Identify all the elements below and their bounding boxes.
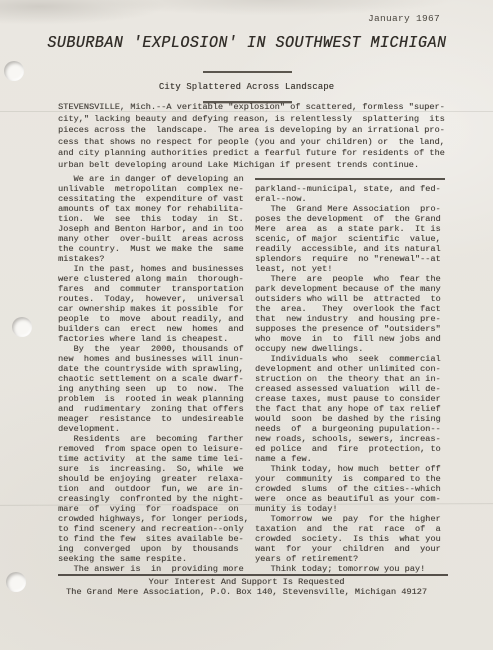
text-line: amounts of tax money for rehabilita-: [58, 204, 253, 214]
text-line: Mere area as a state park. It is: [255, 224, 450, 234]
text-line: struction on the theory that an in-: [255, 374, 450, 384]
right-column-text: parkland--municipal, state, and fed-eral…: [255, 184, 450, 574]
text-line: routes. Today, however, universal: [58, 294, 253, 304]
text-line: supposes the presence of "outsiders": [255, 324, 450, 334]
date-line: January 1967: [368, 13, 440, 24]
text-line: meager resistance to undesireable: [58, 414, 253, 424]
text-line: In the past, homes and businesses: [58, 264, 253, 274]
text-line: park development because of the many: [255, 284, 450, 294]
text-line: needs of a burgeoning pupulation--: [255, 424, 450, 434]
text-line: The answer is in providing more: [58, 564, 253, 574]
text-line: Think today, how much better off: [255, 464, 450, 474]
text-line: years of retirement?: [255, 554, 450, 564]
punch-hole: [12, 317, 32, 337]
text-line: STEVENSVILLE, Mich.--A veritable "explos…: [58, 102, 458, 114]
punch-hole: [4, 61, 24, 81]
text-line: crowded society. Is this what you: [255, 534, 450, 544]
text-line: that new industry and housing pre-: [255, 314, 450, 324]
text-line: Residents are becoming farther: [58, 434, 253, 444]
text-line: taxation and the rat race of a: [255, 524, 450, 534]
text-line: problem is rooted in weak planning: [58, 394, 253, 404]
text-line: city," lacking beauty and defying reason…: [58, 114, 458, 126]
text-line: crowded slums of the cities--which: [255, 484, 450, 494]
text-line: car ownership makes it possible for: [58, 304, 253, 314]
text-line: creasingly confronted by the night-: [58, 494, 253, 504]
text-line: The Grand Mere Association pro-: [255, 204, 450, 214]
text-line: should be enjoying greater relaxa-: [58, 474, 253, 484]
text-line: We are in danger of developing an: [58, 174, 253, 184]
section-divider: [203, 71, 292, 73]
text-line: seeking the same respite.: [58, 554, 253, 564]
text-line: the country. Must we make the same: [58, 244, 253, 254]
text-line: who move in to fill new jobs and: [255, 334, 450, 344]
text-line: to find scenery and recreation--only: [58, 524, 253, 534]
text-line: eral--now.: [255, 194, 450, 204]
footer: Your Interest And Support Is Requested T…: [0, 577, 493, 597]
text-line: time activity at the same time lei-: [58, 454, 253, 464]
text-line: munity is today!: [255, 504, 450, 514]
text-line: want for your children and your: [255, 544, 450, 554]
text-line: crease taxes, must pause to consider: [255, 394, 450, 404]
text-line: ing converged upon by thousands: [58, 544, 253, 554]
text-line: ing anything seen up to now. The: [58, 384, 253, 394]
text-line: scenic, of major scientific value,: [255, 234, 450, 244]
footer-line: The Grand Mere Association, P.O. Box 140…: [0, 587, 493, 597]
left-column: We are in danger of developing anunlivab…: [58, 174, 253, 574]
footer-divider: [58, 574, 448, 576]
text-line: creased assessed valuation will de-: [255, 384, 450, 394]
text-line: parkland--municipal, state, and fed-: [255, 184, 450, 194]
text-line: development and other unlimited con-: [255, 364, 450, 374]
text-line: ed police and fire protection, to: [255, 444, 450, 454]
text-line: date the countryside with sprawling,: [58, 364, 253, 374]
text-line: tion and outdoor fun, we are in-: [58, 484, 253, 494]
text-line: people to move about readily, and: [58, 314, 253, 324]
text-line: many other over-built areas across: [58, 234, 253, 244]
text-line: By the year 2000, thousands of: [58, 344, 253, 354]
text-line: occupy new dwellings.: [255, 344, 450, 354]
text-line: unlivable metropolitan complex ne-: [58, 184, 253, 194]
text-line: builders can erect new homes and: [58, 324, 253, 334]
text-line: cessitating the expenditure of vast: [58, 194, 253, 204]
text-line: the fact that any hope of tax relief: [255, 404, 450, 414]
footer-line: Your Interest And Support Is Requested: [0, 577, 493, 587]
text-line: new roads, schools, sewers, increas-: [255, 434, 450, 444]
right-column: parkland--municipal, state, and fed-eral…: [255, 174, 450, 574]
text-line: your community is compared to the: [255, 474, 450, 484]
text-line: outsiders who will be attracted to: [255, 294, 450, 304]
page-title-text: SUBURBAN 'EXPLOSION' IN SOUTHWEST MICHIG…: [47, 34, 446, 53]
text-line: Think today; tomorrow you pay!: [255, 564, 450, 574]
text-line: cess that shows no respect for people (y…: [58, 137, 458, 149]
text-line: removed from space open to leisure-: [58, 444, 253, 454]
text-line: least, not yet!: [255, 264, 450, 274]
text-line: name a few.: [255, 454, 450, 464]
text-line: crowded highways, for longer periods,: [58, 514, 253, 524]
text-line: Individuals who seek commercial: [255, 354, 450, 364]
scanned-newsletter-page: January 1967 SUBURBAN 'EXPLOSION' IN SOU…: [0, 0, 493, 650]
text-line: to find the few sites available be-: [58, 534, 253, 544]
text-line: Joseph and Benton Harbor, and in too: [58, 224, 253, 234]
page-subtitle: City Splattered Across Landscape: [0, 82, 493, 92]
text-line: development.: [58, 424, 253, 434]
text-line: poses the development of the Grand: [255, 214, 450, 224]
text-line: readily accessible, and its natural: [255, 244, 450, 254]
text-line: chaotic settlement on a scale dwarf-: [58, 374, 253, 384]
text-line: Tomorrow we pay for the higher: [255, 514, 450, 524]
text-line: fares and commuter transportation: [58, 284, 253, 294]
page-title: SUBURBAN 'EXPLOSION' IN SOUTHWEST MICHIG…: [0, 34, 493, 53]
intro-paragraph: STEVENSVILLE, Mich.--A veritable "explos…: [58, 102, 458, 172]
text-line: the area. They overlook the fact: [255, 304, 450, 314]
text-line: sure is increasing. So, while we: [58, 464, 253, 474]
text-line: tion. We see this today in St.: [58, 214, 253, 224]
text-line: new homes and businesses will inun-: [58, 354, 253, 364]
column-top-divider: [255, 174, 445, 184]
text-line: mare of vying for roadspace on: [58, 504, 253, 514]
text-line: and rudimentary zoning that offers: [58, 404, 253, 414]
text-line: were once as beautiful as your com-: [255, 494, 450, 504]
text-line: factories where land is cheapest.: [58, 334, 253, 344]
text-line: and city planning authorities predict a …: [58, 148, 458, 160]
text-line: were clustered along main thorough-: [58, 274, 253, 284]
text-line: pieces across the landscape. The area is…: [58, 125, 458, 137]
text-line: splendors require no "renewal"--at: [255, 254, 450, 264]
text-line: urban belt developing around Lake Michig…: [58, 160, 458, 172]
text-line: There are people who fear the: [255, 274, 450, 284]
text-line: mistakes?: [58, 254, 253, 264]
text-line: would soon be dashed by the rising: [255, 414, 450, 424]
